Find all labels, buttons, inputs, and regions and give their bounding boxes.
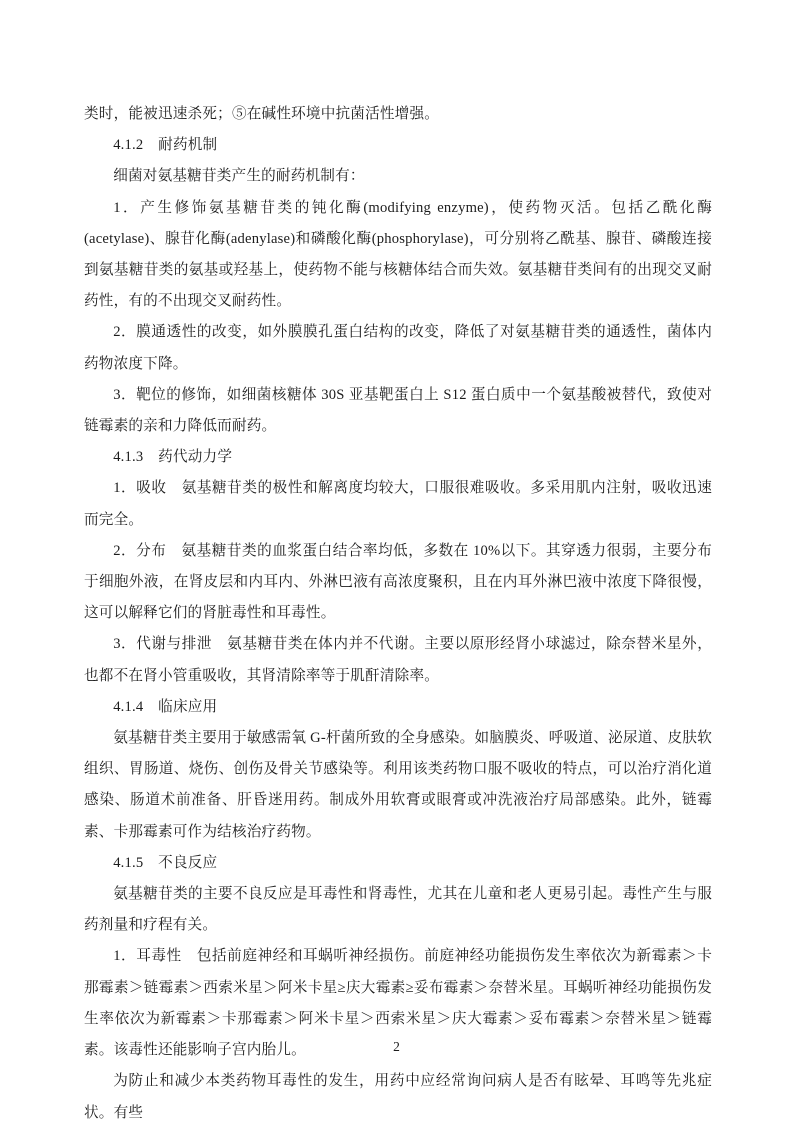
paragraph-resistance-intro: 细菌对氨基糖苷类产生的耐药机制有： bbox=[84, 161, 712, 192]
paragraph-clinical-use: 氨基糖苷类主要用于敏感需氧 G-杆菌所致的全身感染。如脑膜炎、呼吸道、泌尿道、皮… bbox=[84, 723, 712, 848]
paragraph-resistance-item-3: 3．靶位的修饰，如细菌核糖体 30S 亚基靶蛋白上 S12 蛋白质中一个氨基酸被… bbox=[84, 380, 712, 442]
heading-4-1-5-adverse-reactions: 4.1.5 不良反应 bbox=[84, 848, 712, 879]
paragraph-metabolism-excretion: 3．代谢与排泄 氨基糖苷类在体内并不代谢。主要以原形经肾小球滤过，除奈替米星外，… bbox=[84, 629, 712, 691]
paragraph-resistance-item-2: 2．膜通透性的改变，如外膜膜孔蛋白结构的改变，降低了对氨基糖苷类的通透性，菌体内… bbox=[84, 317, 712, 379]
document-page: 类时，能被迅速杀死；⑤在碱性环境中抗菌活性增强。 4.1.2 耐药机制 细菌对氨… bbox=[0, 0, 793, 1122]
paragraph-continuation: 类时，能被迅速杀死；⑤在碱性环境中抗菌活性增强。 bbox=[84, 99, 712, 130]
heading-4-1-4-clinical-use: 4.1.4 临床应用 bbox=[84, 692, 712, 723]
paragraph-absorption: 1．吸收 氨基糖苷类的极性和解离度均较大，口服很难吸收。多采用肌内注射，吸收迅速… bbox=[84, 473, 712, 535]
paragraph-distribution: 2．分布 氨基糖苷类的血浆蛋白结合率均低，多数在 10%以下。其穿透力很弱，主要… bbox=[84, 536, 712, 630]
paragraph-resistance-item-1: 1．产生修饰氨基糖苷类的钝化酶(modifying enzyme)，使药物灭活。… bbox=[84, 193, 712, 318]
paragraph-ototoxicity-prevention: 为防止和减少本类药物耳毒性的发生，用药中应经常询问病人是否有眩晕、耳鸣等先兆症状… bbox=[84, 1066, 712, 1122]
page-number: 2 bbox=[0, 1038, 793, 1056]
paragraph-adverse-intro: 氨基糖苷类的主要不良反应是耳毒性和肾毒性，尤其在儿童和老人更易引起。毒性产生与服… bbox=[84, 879, 712, 941]
heading-4-1-3-pharmacokinetics: 4.1.3 药代动力学 bbox=[84, 442, 712, 473]
heading-4-1-2-resistance: 4.1.2 耐药机制 bbox=[84, 130, 712, 161]
document-body: 类时，能被迅速杀死；⑤在碱性环境中抗菌活性增强。 4.1.2 耐药机制 细菌对氨… bbox=[84, 99, 712, 1122]
